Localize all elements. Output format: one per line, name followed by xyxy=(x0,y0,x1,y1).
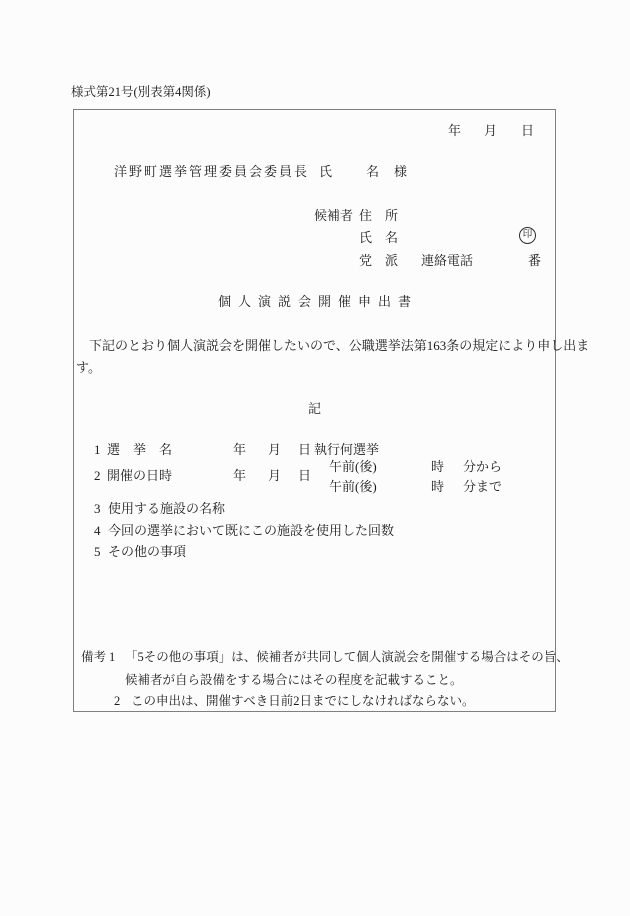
body-paragraph-line1: 下記のとおり個人演説会を開催したいので、公職選挙法第163条の規定により申し出ま xyxy=(76,338,589,353)
item3-label: 使用する施設の名称 xyxy=(108,501,225,516)
item2-to-minute: 分まで xyxy=(463,479,502,494)
item2-to-ampm: 午前(後) xyxy=(329,479,377,494)
item2-from-minute: 分から xyxy=(463,459,502,474)
candidate-phone-label: 連絡電話 xyxy=(421,253,473,268)
addressee-honorific: 様 xyxy=(394,164,407,179)
candidate-party-label: 党 派 xyxy=(359,253,398,268)
item1-suffix: 執行何選挙 xyxy=(314,442,379,457)
item2-month-label: 月 xyxy=(268,468,281,483)
item5-number: 5 xyxy=(94,544,101,559)
form-border: 年 月 日 洋野町選挙管理委員会委員長 氏 名 様 候補者 住 所 氏 名 印 … xyxy=(73,109,556,712)
note2-number: 2 xyxy=(114,694,120,709)
addressee-givenname-label: 名 xyxy=(366,164,379,179)
candidate-phone-suffix: 番 xyxy=(528,253,541,268)
seal-mark: 印 xyxy=(519,227,536,244)
ki-heading: 記 xyxy=(74,401,555,416)
item2-label: 開催の日時 xyxy=(107,468,172,483)
item2-from-hour: 時 xyxy=(431,459,444,474)
item1-day-label: 日 xyxy=(298,442,311,457)
note1-line2: 候補者が自ら設備をする場合にはその程度を記載すること。 xyxy=(125,673,463,688)
addressee-surname-label: 氏 xyxy=(319,164,332,179)
item4-label: 今回の選挙において既にこの施設を使用した回数 xyxy=(108,523,394,538)
item1-label: 選 挙 名 xyxy=(107,442,172,457)
date-day-label: 日 xyxy=(521,123,534,138)
candidate-name-label: 氏 名 xyxy=(359,230,398,245)
item1-year-label: 年 xyxy=(233,442,246,457)
item2-year-label: 年 xyxy=(233,468,246,483)
date-year-label: 年 xyxy=(448,123,461,138)
item1-number: 1 xyxy=(94,442,101,457)
item2-day-label: 日 xyxy=(298,468,311,483)
item2-from-ampm: 午前(後) xyxy=(329,459,377,474)
body-paragraph-line2: す。 xyxy=(76,360,101,375)
item1-month-label: 月 xyxy=(268,442,281,457)
candidate-label: 候補者 xyxy=(314,208,353,223)
addressee-committee: 洋野町選挙管理委員会委員長 xyxy=(114,164,309,179)
item4-number: 4 xyxy=(94,523,101,538)
date-month-label: 月 xyxy=(484,123,497,138)
item3-number: 3 xyxy=(94,501,101,516)
notes-label: 備考 xyxy=(81,650,106,665)
item2-to-hour: 時 xyxy=(431,479,444,494)
note2-text: この申出は、開催すべき日前2日までにしなければならない。 xyxy=(131,694,475,709)
form-number: 様式第21号(別表第4関係) xyxy=(71,85,211,100)
document-page: 様式第21号(別表第4関係) 年 月 日 洋野町選挙管理委員会委員長 氏 名 様… xyxy=(0,0,630,916)
note1-line1: 「5その他の事項」は、候補者が共同して個人演説会を開催する場合はその旨、 xyxy=(125,650,569,665)
item5-label: その他の事項 xyxy=(108,544,186,559)
item2-number: 2 xyxy=(94,468,101,483)
document-title: 個人演説会開催申出書 xyxy=(74,294,555,309)
candidate-address-label: 住 所 xyxy=(359,208,398,223)
note1-number: 1 xyxy=(109,650,115,665)
